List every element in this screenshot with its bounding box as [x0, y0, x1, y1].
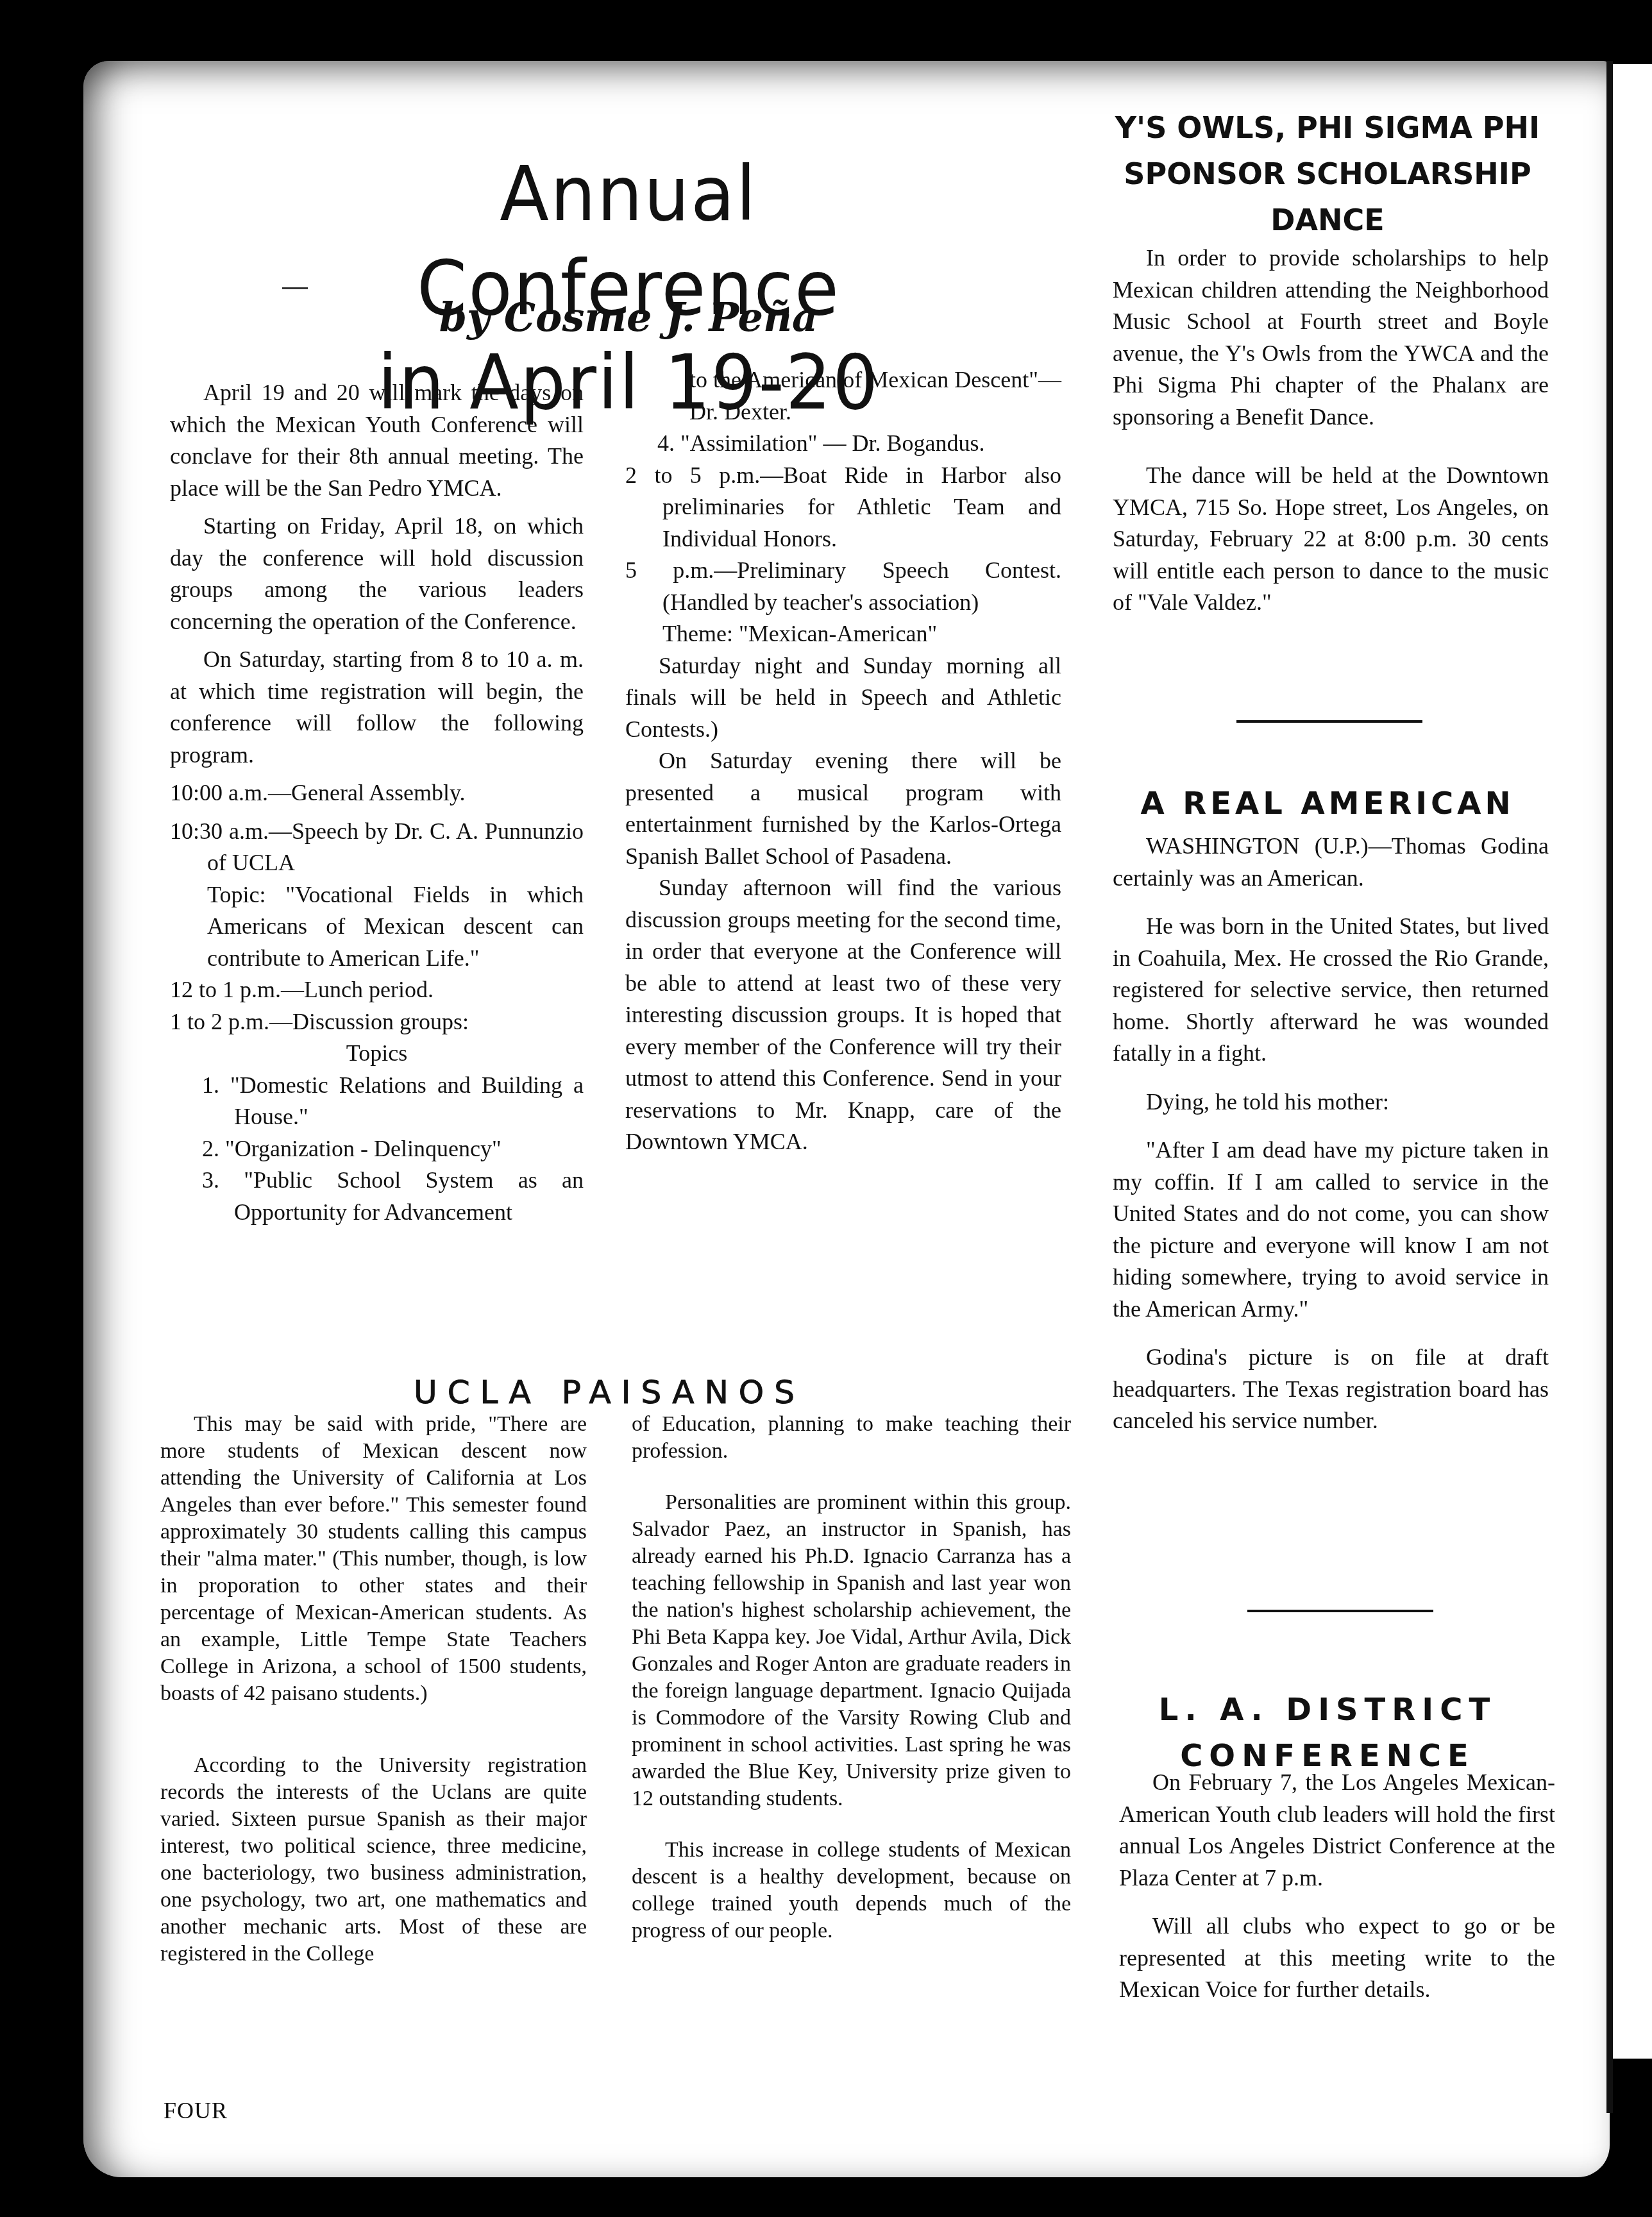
paragraph: Personalities are prominent within this …: [632, 1489, 1071, 1812]
speech-topic: Topic: "Vocational Fields in which Ameri…: [170, 879, 584, 975]
paragraph: In order to provide scholarships to help…: [1113, 242, 1549, 433]
paragraph: of Education, planning to make teaching …: [632, 1411, 1071, 1465]
main-article-column-1: April 19 and 20 will mark the days on wh…: [170, 377, 584, 1228]
dance-article-body: In order to provide scholarships to help…: [1113, 242, 1549, 619]
topic-item: 3. "Public School System as an Opportuni…: [170, 1165, 584, 1228]
paragraph: Starting on Friday, April 18, on which d…: [170, 510, 584, 637]
section-divider: [1236, 720, 1422, 723]
paragraph: On Saturday evening there will be presen…: [625, 745, 1061, 872]
main-article-column-2: to the American of Mexican Descent"—Dr. …: [625, 364, 1061, 1158]
schedule-item: 12 to 1 p.m.—Lunch period.: [170, 974, 584, 1006]
paragraph: According to the University registration…: [160, 1752, 587, 1968]
paragraph: April 19 and 20 will mark the days on wh…: [170, 377, 584, 504]
topic-item: 4. "Assimilation" — Dr. Bogandus.: [625, 428, 1061, 460]
topic-item-continued: to the American of Mexican Descent"—Dr. …: [625, 364, 1061, 428]
page-gutter-edge: [1606, 61, 1613, 2113]
real-american-headline: A REAL AMERICAN: [1103, 786, 1552, 822]
topic-item: 1. "Domestic Relations and Building a Ho…: [170, 1070, 584, 1133]
paragraph: On Saturday, starting from 8 to 10 a. m.…: [170, 644, 584, 771]
decorative-rule: [282, 287, 308, 289]
paragraph: On February 7, the Los Angeles Mexican-A…: [1119, 1767, 1555, 1894]
paragraph: Saturday night and Sunday morning all fi…: [625, 650, 1061, 746]
ucla-paisanos-headline: UCLA PAISANOS: [385, 1374, 834, 1411]
ucla-column-2: of Education, planning to make teaching …: [632, 1411, 1071, 1944]
dance-article-headline: Y'S OWLS, PHI SIGMA PHI SPONSOR SCHOLARS…: [1090, 105, 1565, 243]
page-number: FOUR: [164, 2097, 228, 2124]
schedule-item: 2 to 5 p.m.—Boat Ride in Harbor also pre…: [625, 460, 1061, 555]
ucla-column-1: This may be said with pride, "There are …: [160, 1411, 587, 1968]
paragraph: This increase in college students of Mex…: [632, 1837, 1071, 1944]
byline: by Cosme J. Peña: [346, 294, 911, 341]
headline-line-1: L. A. DISTRICT: [1103, 1687, 1552, 1733]
section-divider: [1247, 1610, 1433, 1612]
adjacent-page-strip: [1613, 64, 1652, 2059]
la-district-body: On February 7, the Los Angeles Mexican-A…: [1119, 1767, 1555, 2006]
topic-item: 2. "Organization - Delinquency": [170, 1133, 584, 1165]
la-district-headline: L. A. DISTRICT CONFERENCE: [1103, 1687, 1552, 1779]
paragraph: Godina's picture is on file at draft hea…: [1113, 1342, 1549, 1437]
paragraph: Sunday afternoon will find the various d…: [625, 872, 1061, 1158]
real-american-body: WASHINGTON (U.P.)—Thomas Godina certainl…: [1113, 830, 1549, 1437]
paragraph: This may be said with pride, "There are …: [160, 1411, 587, 1707]
schedule-item: 5 p.m.—Preliminary Speech Contest. (Hand…: [625, 555, 1061, 618]
paragraph: He was born in the United States, but li…: [1113, 911, 1549, 1070]
schedule-item: 10:30 a.m.—Speech by Dr. C. A. Punnunzio…: [170, 816, 584, 879]
paragraph: "After I am dead have my picture taken i…: [1113, 1134, 1549, 1325]
paragraph: The dance will be held at the Downtown Y…: [1113, 460, 1549, 619]
theme: Theme: "Mexican-American": [625, 618, 1061, 650]
schedule-item: 1 to 2 p.m.—Discussion groups:: [170, 1006, 584, 1038]
topics-heading: Topics: [170, 1038, 584, 1070]
paragraph: Dying, he told his mother:: [1113, 1086, 1549, 1118]
paragraph: WASHINGTON (U.P.)—Thomas Godina certainl…: [1113, 830, 1549, 894]
paragraph: Will all clubs who expect to go or be re…: [1119, 1910, 1555, 2006]
schedule-item: 10:00 a.m.—General Assembly.: [170, 777, 584, 809]
